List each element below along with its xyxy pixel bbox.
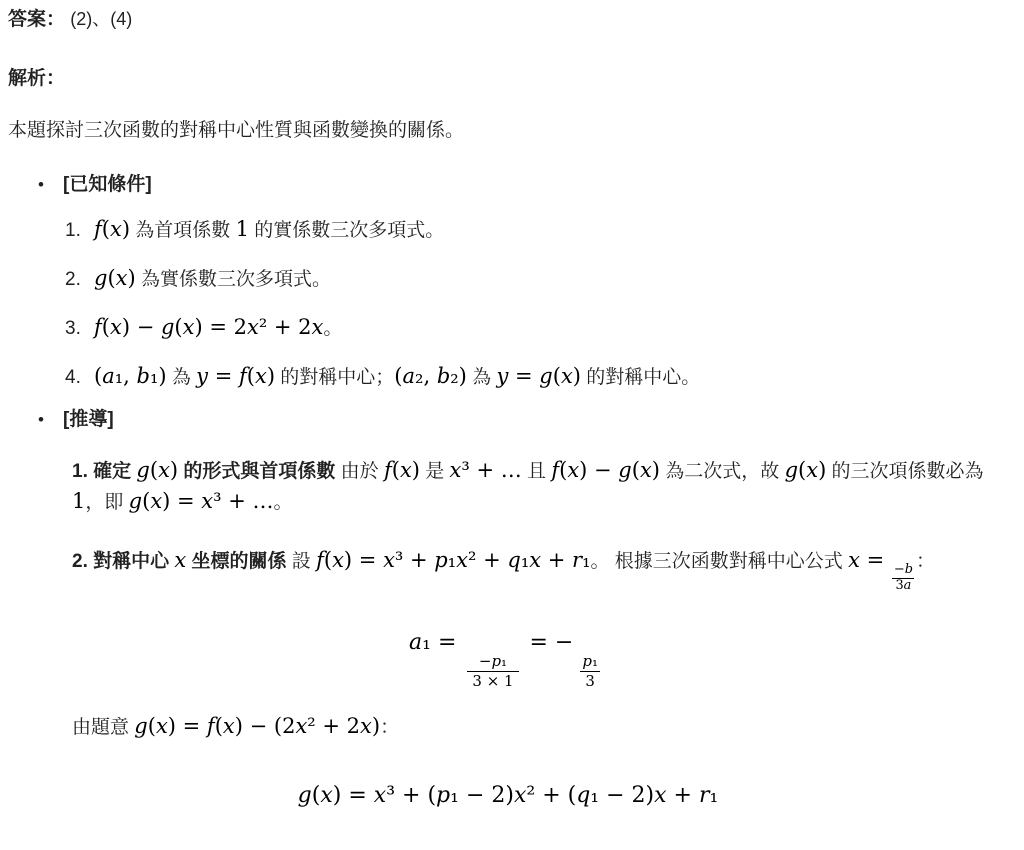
known-heading: [已知條件] (63, 174, 152, 196)
list-item-text: f(x) − g(x) = 2x² + 2x。 (94, 315, 1008, 343)
derivation-section: • [推導] 1. 確定 g(x) 的形式與首項係數 由於 f(x) 是 x³ … (8, 409, 1008, 810)
equation-gx: g(x) = x³ + (p₁ − 2)x² + (q₁ − 2)x + r₁ (8, 783, 1008, 809)
answer-line: 答案： (2)、(4) (8, 8, 1008, 31)
list-item-number: 1. (65, 217, 94, 245)
list-item-number: 4. (65, 364, 94, 392)
intro-text: 本題探討三次函數的對稱中心性質與函數變換的關係。 (8, 120, 1008, 142)
derivation-step-2: 2. 對稱中心 x 坐標的關係 設 f(x) = x³ + p₁x² + q₁x… (8, 546, 1008, 594)
derivation-step-1: 1. 確定 g(x) 的形式與首項係數 由於 f(x) 是 x³ + … 且 f… (8, 456, 1008, 518)
list-item: 4. (a₁, b₁) 為 y = f(x) 的對稱中心；(a₂, b₂) 為 … (8, 364, 1008, 392)
answer-value: (2)、(4) (70, 9, 132, 29)
derivation-heading: [推導] (63, 409, 114, 431)
list-item-text: f(x) 為首項係數 1 的實係數三次多項式。 (94, 217, 1008, 245)
bullet-icon: • (38, 174, 63, 196)
list-item-text: g(x) 為實係數三次多項式。 (94, 266, 1008, 294)
analysis-label: 解析： (8, 68, 65, 89)
list-item-number: 2. (65, 266, 94, 294)
list-item: 3. f(x) − g(x) = 2x² + 2x。 (8, 315, 1008, 343)
known-heading-row: • [已知條件] (8, 174, 1008, 196)
list-item: 2. g(x) 為實係數三次多項式。 (8, 266, 1008, 294)
answer-label: 答案： (8, 9, 65, 30)
derivation-heading-row: • [推導] (8, 409, 1008, 431)
analysis-heading: 解析： (8, 68, 1008, 90)
g-definition-line: 由題意 g(x) = f(x) − (2x² + 2x)： (8, 713, 1008, 743)
list-item-text: (a₁, b₁) 為 y = f(x) 的對稱中心；(a₂, b₂) 為 y =… (94, 364, 1008, 392)
equation-a1: a₁ = −p₁3 × 1 = −p₁3 (8, 630, 1008, 692)
list-item-number: 3. (65, 315, 94, 343)
list-item: 1. f(x) 為首項係數 1 的實係數三次多項式。 (8, 217, 1008, 245)
solution-document: 答案： (2)、(4) 解析： 本題探討三次函數的對稱中心性質與函數變換的關係。… (0, 0, 1024, 810)
known-list: 1. f(x) 為首項係數 1 的實係數三次多項式。 2. g(x) 為實係數三… (8, 217, 1008, 392)
bullet-icon: • (38, 409, 63, 431)
known-conditions-section: • [已知條件] 1. f(x) 為首項係數 1 的實係數三次多項式。 2. g… (8, 174, 1008, 392)
